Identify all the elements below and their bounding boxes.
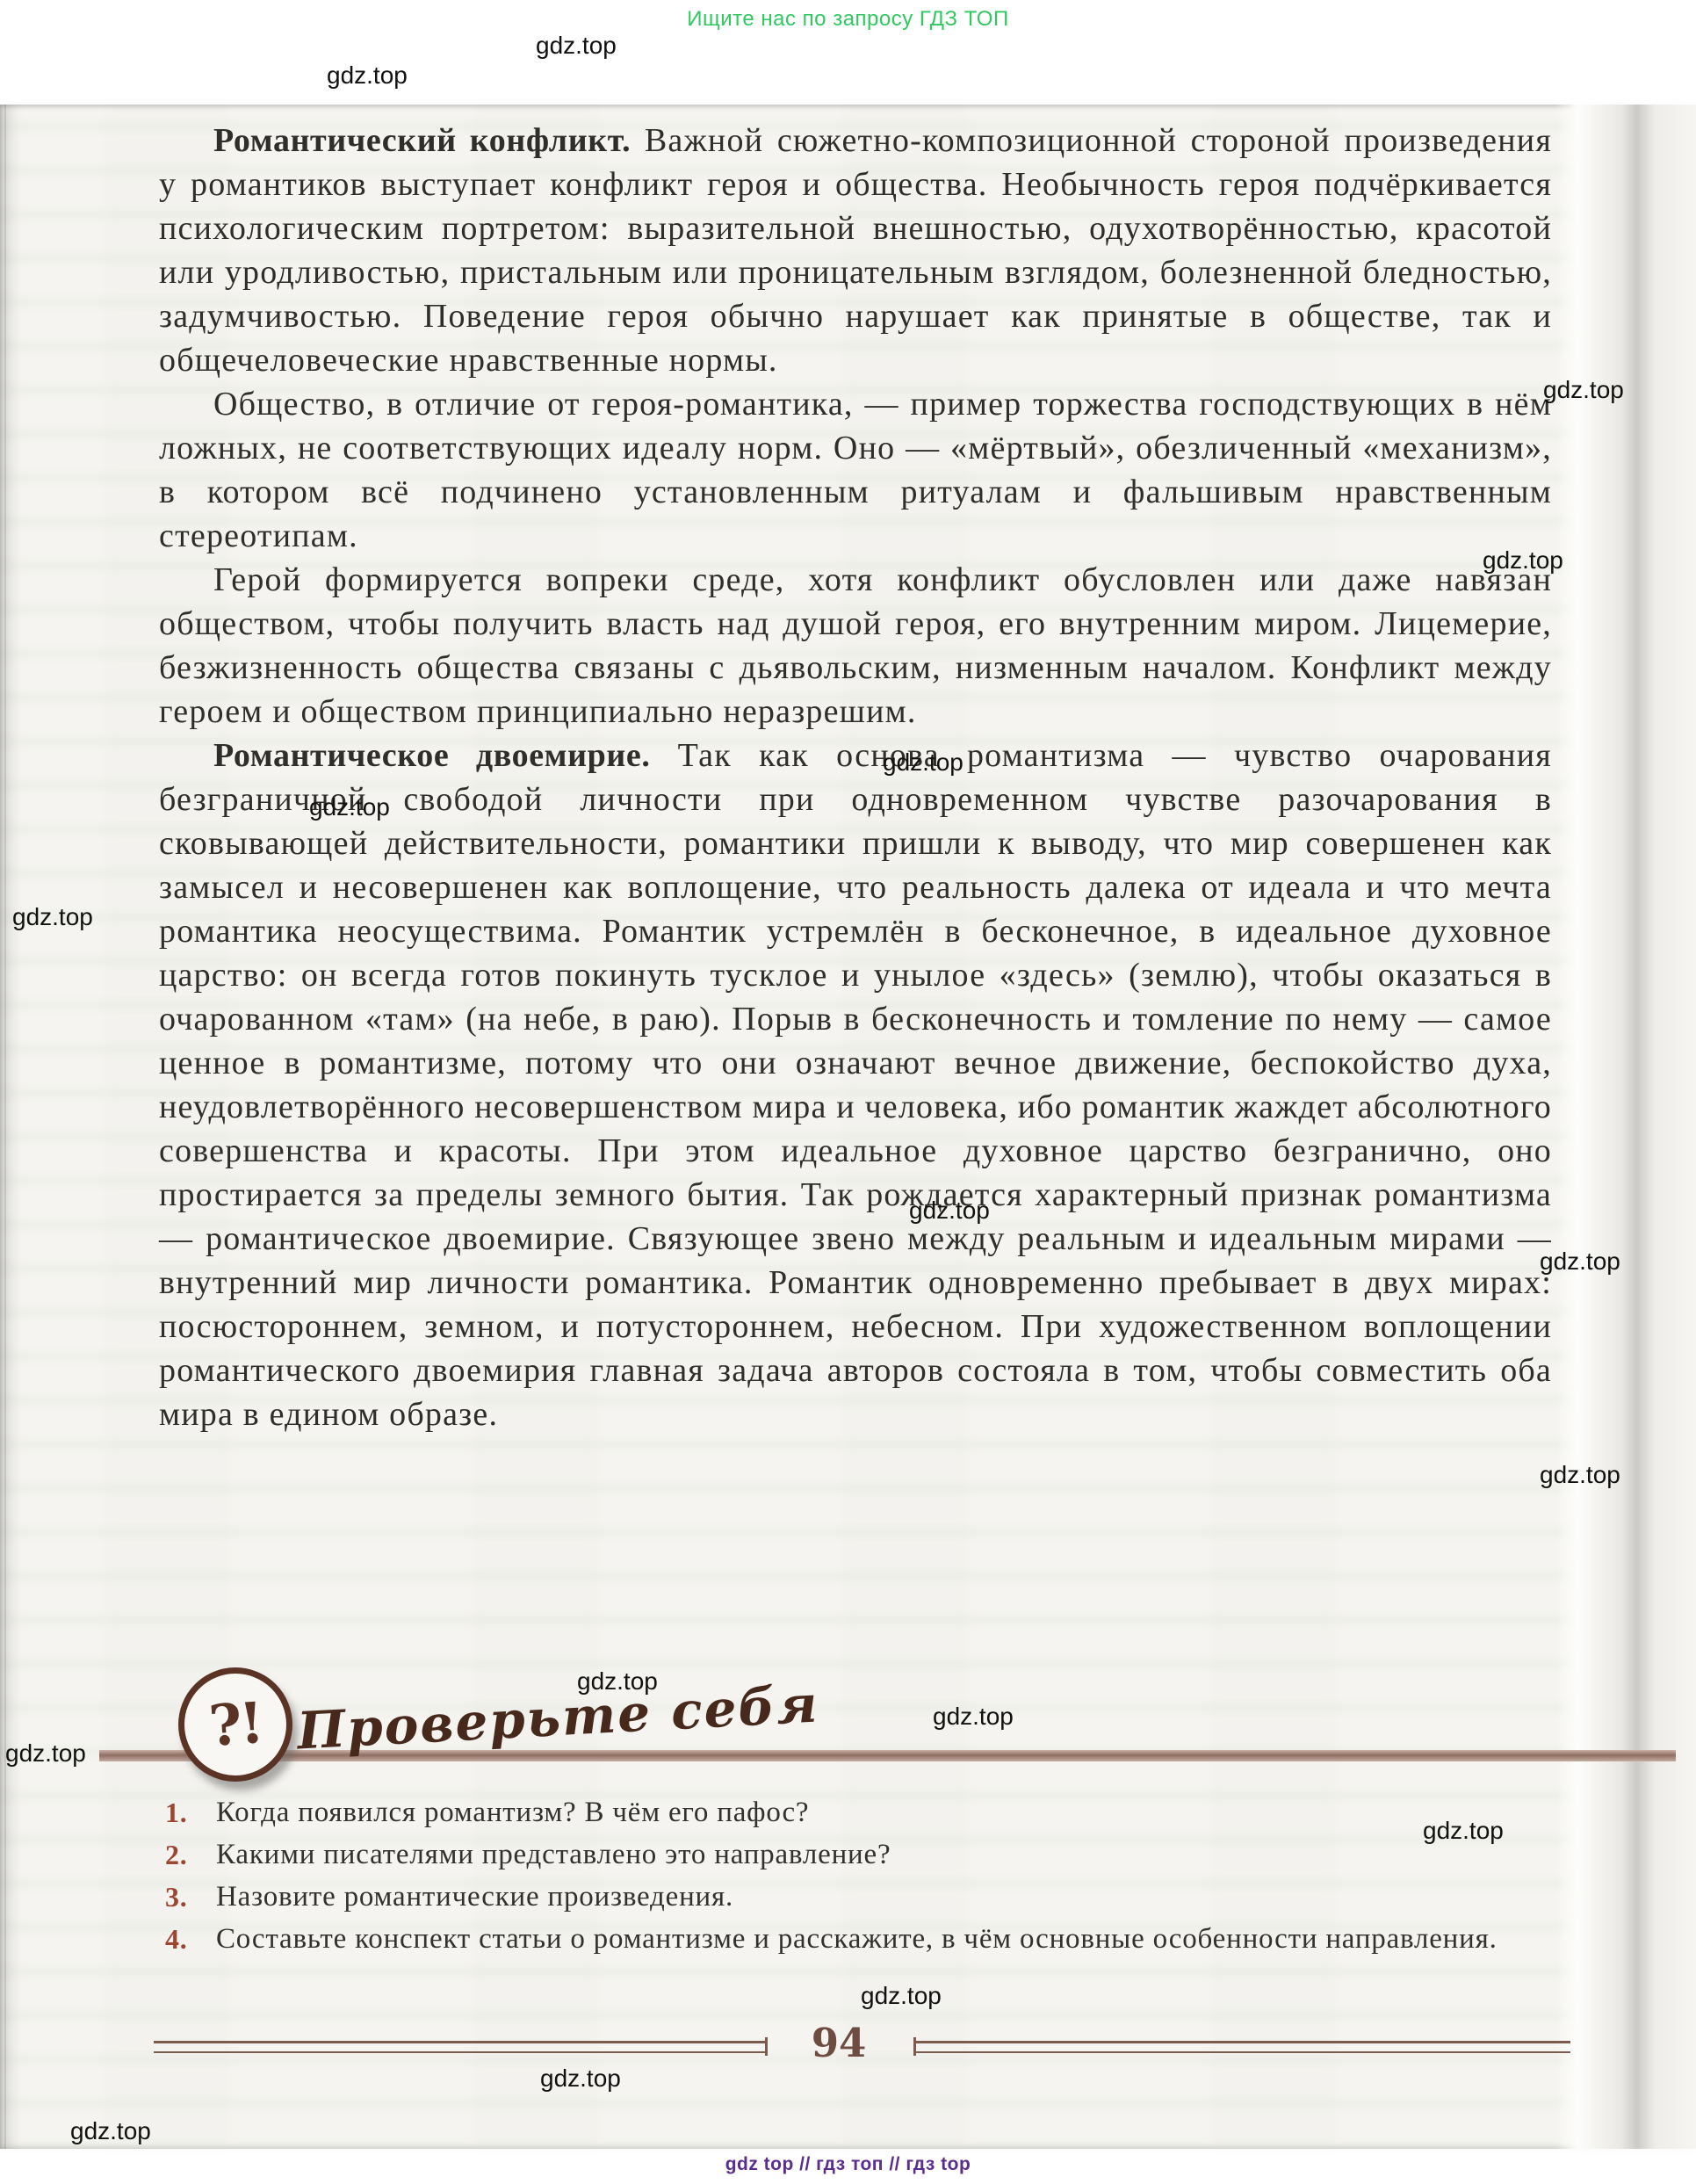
footer-rule-left xyxy=(154,2041,766,2053)
watermark: gdz.top xyxy=(861,1982,942,2010)
question-text: Составьте конспект статьи о романтизме и… xyxy=(216,1918,1553,1960)
watermark: gdz.top xyxy=(1423,1817,1504,1845)
watermark: gdz.top xyxy=(933,1703,1014,1731)
question-text: Когда появился романтизм? В чём его пафо… xyxy=(216,1791,1553,1833)
page-edge-curl xyxy=(1555,105,1696,2149)
promo-bottom-text: gdz top // гдз топ // гдз top xyxy=(0,2154,1696,2175)
paragraph: Герой формируется вопреки среде, хотя ко… xyxy=(159,558,1552,734)
paragraph-lead: Романтическое двоемирие. xyxy=(213,737,650,774)
watermark: gdz.top xyxy=(909,1197,990,1225)
watermark: gdz.top xyxy=(5,1739,86,1768)
watermark: gdz.top xyxy=(309,793,390,821)
page-number: 94 xyxy=(795,2020,883,2066)
paragraph-body: Общество, в отличие от героя-романтика, … xyxy=(159,386,1552,554)
watermark: gdz.top xyxy=(327,61,408,90)
watermark: gdz.top xyxy=(1543,376,1624,404)
watermark: gdz.top xyxy=(12,903,93,931)
watermark: gdz.top xyxy=(70,2117,151,2145)
watermark: gdz.top xyxy=(1540,1461,1620,1489)
watermark: gdz.top xyxy=(577,1667,658,1696)
paragraph-body: Герой формируется вопреки среде, хотя ко… xyxy=(159,561,1552,730)
watermark: gdz.top xyxy=(883,748,963,777)
question-item: 3.Назовите романтические произведения. xyxy=(165,1876,1553,1918)
question-number: 2. xyxy=(165,1833,216,1876)
paragraph: Романтическое двоемирие. Так как основа … xyxy=(159,734,1552,1436)
screenshot-canvas: Ищите нас по запросу ГДЗ ТОП Романтическ… xyxy=(0,0,1696,2184)
promo-top-text: Ищите нас по запросу ГДЗ ТОП xyxy=(0,7,1696,32)
paragraph-body: Так как основа романтизма — чувство очар… xyxy=(159,737,1552,1433)
article-text: Романтический конфликт. Важной сюжетно-к… xyxy=(159,119,1552,1436)
question-number: 1. xyxy=(165,1791,216,1833)
footer-rule-right xyxy=(915,2041,1570,2053)
paragraph-body: Важной сюжетно-композиционной стороной п… xyxy=(159,122,1552,379)
question-list: 1.Когда появился романтизм? В чём его па… xyxy=(165,1791,1553,1960)
question-text: Какими писателями представлено это напра… xyxy=(216,1833,1553,1876)
paragraph-lead: Романтический конфликт. xyxy=(213,122,631,159)
question-text: Назовите романтические произведения. xyxy=(216,1876,1553,1918)
question-item: 2.Какими писателями представлено это нап… xyxy=(165,1833,1553,1876)
question-item: 1.Когда появился романтизм? В чём его па… xyxy=(165,1791,1553,1833)
paragraph: Общество, в отличие от героя-романтика, … xyxy=(159,382,1552,558)
watermark: gdz.top xyxy=(536,32,617,60)
question-number: 3. xyxy=(165,1876,216,1918)
watermark: gdz.top xyxy=(1483,546,1563,575)
paragraph: Романтический конфликт. Важной сюжетно-к… xyxy=(159,119,1552,382)
question-exclamation-icon: ?! xyxy=(178,1667,292,1782)
question-number: 4. xyxy=(165,1918,216,1960)
question-item: 4.Составьте конспект статьи о романтизме… xyxy=(165,1918,1553,1960)
question-exclamation-glyph: ?! xyxy=(207,1690,264,1760)
watermark: gdz.top xyxy=(1540,1247,1620,1276)
watermark: gdz.top xyxy=(540,2065,621,2093)
